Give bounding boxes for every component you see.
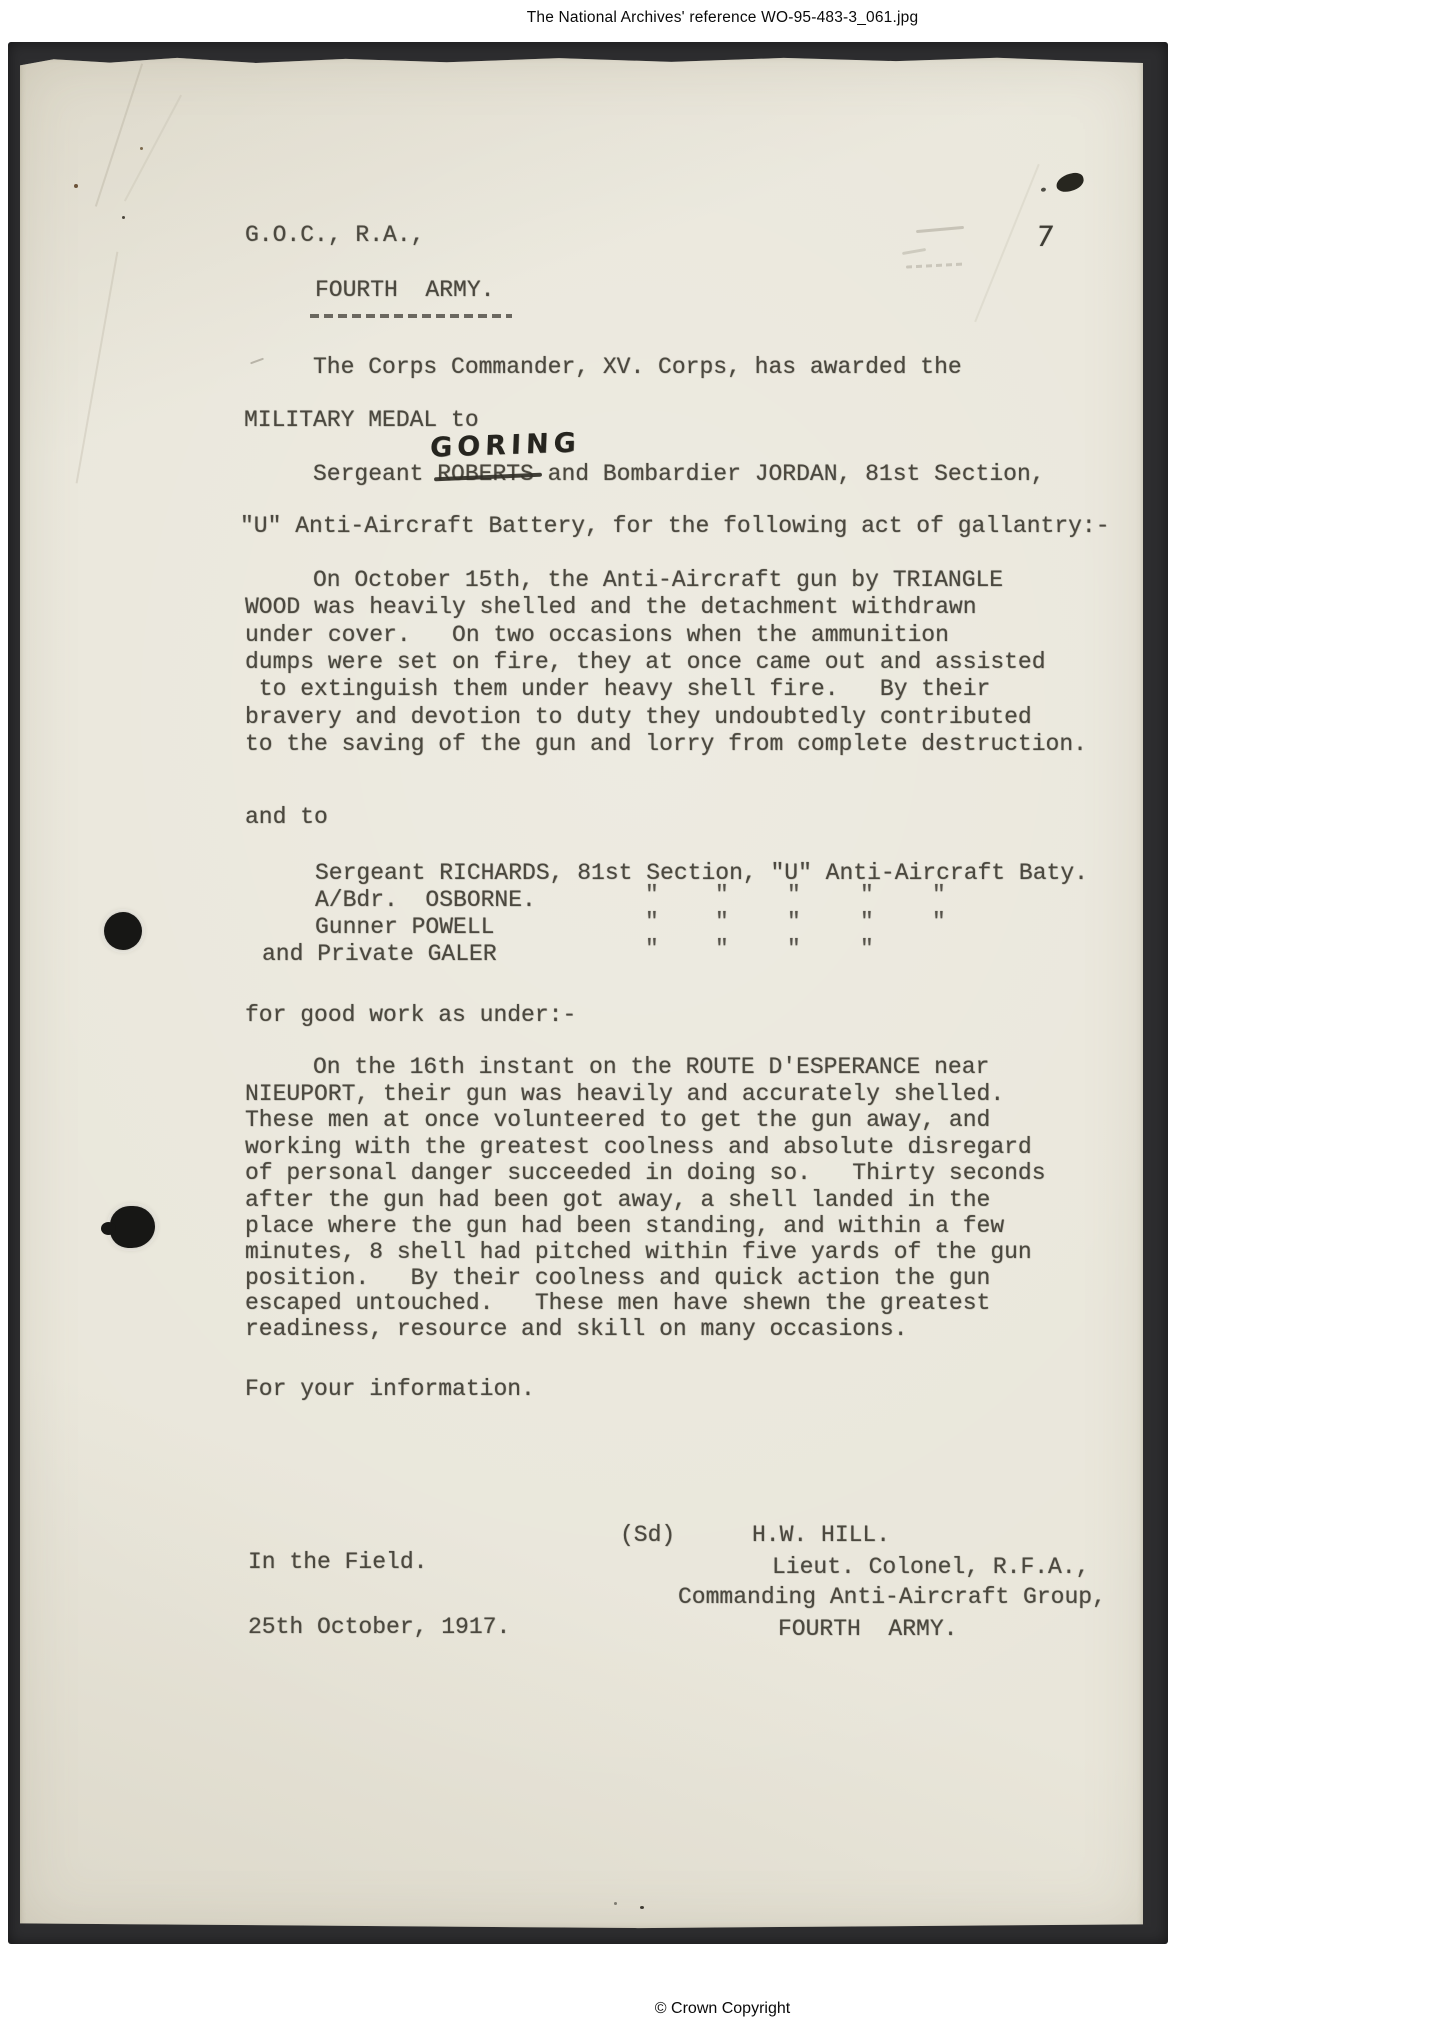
paper-speck (614, 1902, 617, 1905)
paper-speck (122, 216, 125, 219)
punch-hole (104, 912, 142, 950)
archive-reference-label: The National Archives' reference WO-95-4… (0, 9, 1445, 27)
crown-copyright-label: © Crown Copyright (0, 2000, 1445, 2018)
page: { "page": { "header": "The National Arch… (0, 0, 1445, 2044)
scan-background (8, 42, 1168, 1944)
document-paper (20, 57, 1143, 1929)
paper-speck (140, 147, 143, 150)
paper-speck (74, 184, 78, 188)
paper-speck (640, 1906, 644, 1909)
